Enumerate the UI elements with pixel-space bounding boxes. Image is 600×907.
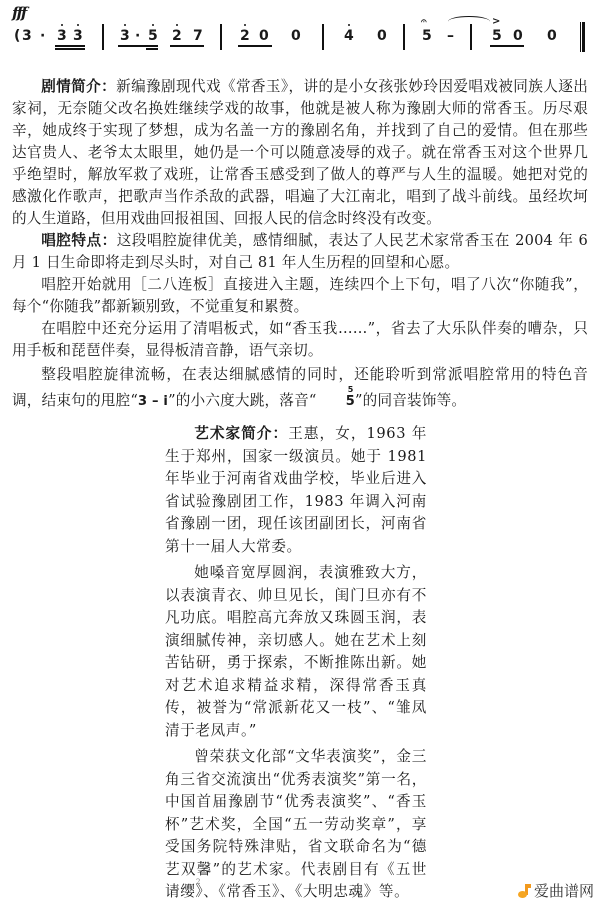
underline (238, 45, 272, 47)
final-barline (580, 22, 585, 52)
watermark-text: 爱曲谱网 (534, 880, 594, 901)
fermata-icon: 𝄐 (421, 16, 427, 27)
note: 3 (57, 28, 67, 44)
note: 5 (148, 28, 158, 44)
music-note-icon (517, 883, 531, 899)
open-paren: ( (14, 28, 20, 44)
inline-notation: 3 – i (138, 394, 168, 409)
paragraph-3: 唱腔开始就用［二八连板］直接进入主题，连续四个上下句，唱了八次“你随我”，每个“… (12, 274, 588, 318)
tie-arc (448, 16, 490, 27)
underline (118, 45, 158, 47)
grace-note-notation: 55 (317, 389, 355, 415)
note: 0 (547, 28, 557, 44)
underline (55, 48, 85, 50)
music-score-line: fff ( 3 · 3 3 3 · 5 2 7 2 0 0 4 0 𝄐 5 – (0, 0, 600, 60)
barline (470, 24, 472, 50)
barline (102, 24, 104, 50)
note: 4 (344, 28, 354, 44)
paragraph-5-text-b: ”的小六度大跳，落音“ (168, 392, 316, 409)
note: 0 (377, 28, 387, 44)
dash: – (447, 28, 454, 44)
page-mark: 2 (196, 878, 200, 886)
dot: · (135, 28, 140, 44)
underline (55, 45, 85, 47)
note: 3 (22, 28, 32, 44)
note: 2 (240, 28, 250, 44)
plot-text: 新编豫剧现代戏《常香玉》，讲的是小女孩张妙玲因爱唱戏被同族人逐出家祠，无奈随父改… (12, 78, 588, 227)
plot-label: 剧情简介： (41, 78, 116, 95)
note-row: ( 3 · 3 3 3 · 5 2 7 2 0 0 4 0 𝄐 5 – > (0, 22, 600, 52)
accent-icon: > (492, 16, 500, 27)
paragraph-4: 在唱腔中还充分运用了清唱板式，如“香玉我……”，省去了大乐队伴奏的嘈杂，只用手板… (12, 318, 588, 362)
note: 0 (513, 28, 523, 44)
artist-label: 艺术家简介： (194, 425, 288, 442)
underline (146, 48, 158, 50)
dynamic-marking: fff (12, 4, 25, 22)
note: 0 (291, 28, 301, 44)
aria-paragraph: 唱腔特点：这段唱腔旋律优美，感情细腻，表达了人民艺术家常香玉在 2004 年 6… (12, 230, 588, 274)
watermark: 爱曲谱网 (517, 880, 594, 901)
underline (170, 45, 204, 47)
note: 2 (172, 28, 182, 44)
artist-biography: 艺术家简介：王惠，女，1963 年生于郑州，国家一级演员。她于 1981 年毕业… (165, 423, 427, 904)
note: 5 (492, 28, 502, 44)
artist-paragraph-2: 她嗓音宽厚圆润，表演雅致大方，以表演青衣、帅旦见长，闺门旦亦有不凡功底。唱腔高亢… (165, 562, 427, 742)
underline (490, 45, 524, 47)
barline (403, 24, 405, 50)
note: 0 (259, 28, 269, 44)
artist-intro-text: 王惠，女，1963 年生于郑州，国家一级演员。她于 1981 年毕业于河南省戏曲… (165, 425, 427, 555)
paragraph-5-text-c: ”的同音装饰等。 (355, 392, 466, 409)
note: 7 (193, 28, 203, 44)
grace-note: 5 (319, 377, 354, 403)
dot: · (40, 28, 45, 44)
note: 5 (422, 28, 432, 44)
song-description: 剧情简介：新编豫剧现代戏《常香玉》，讲的是小女孩张妙玲因爱唱戏被同族人逐出家祠，… (12, 76, 588, 415)
barline (220, 24, 222, 50)
aria-label: 唱腔特点： (41, 232, 117, 249)
paragraph-5: 整段唱腔旋律流畅，在表达细腻感情的同时，还能聆听到常派唱腔常用的特色音调，结束句… (12, 362, 588, 415)
note: 3 (120, 28, 130, 44)
artist-intro-paragraph: 艺术家简介：王惠，女，1963 年生于郑州，国家一级演员。她于 1981 年毕业… (165, 423, 427, 558)
barline (322, 24, 324, 50)
plot-paragraph: 剧情简介：新编豫剧现代戏《常香玉》，讲的是小女孩张妙玲因爱唱戏被同族人逐出家祠，… (12, 76, 588, 230)
artist-paragraph-3: 曾荣获文化部“文华表演奖”，金三角三省交流演出“优秀表演奖”第一名，中国首届豫剧… (165, 746, 427, 904)
note: 3 (73, 28, 83, 44)
